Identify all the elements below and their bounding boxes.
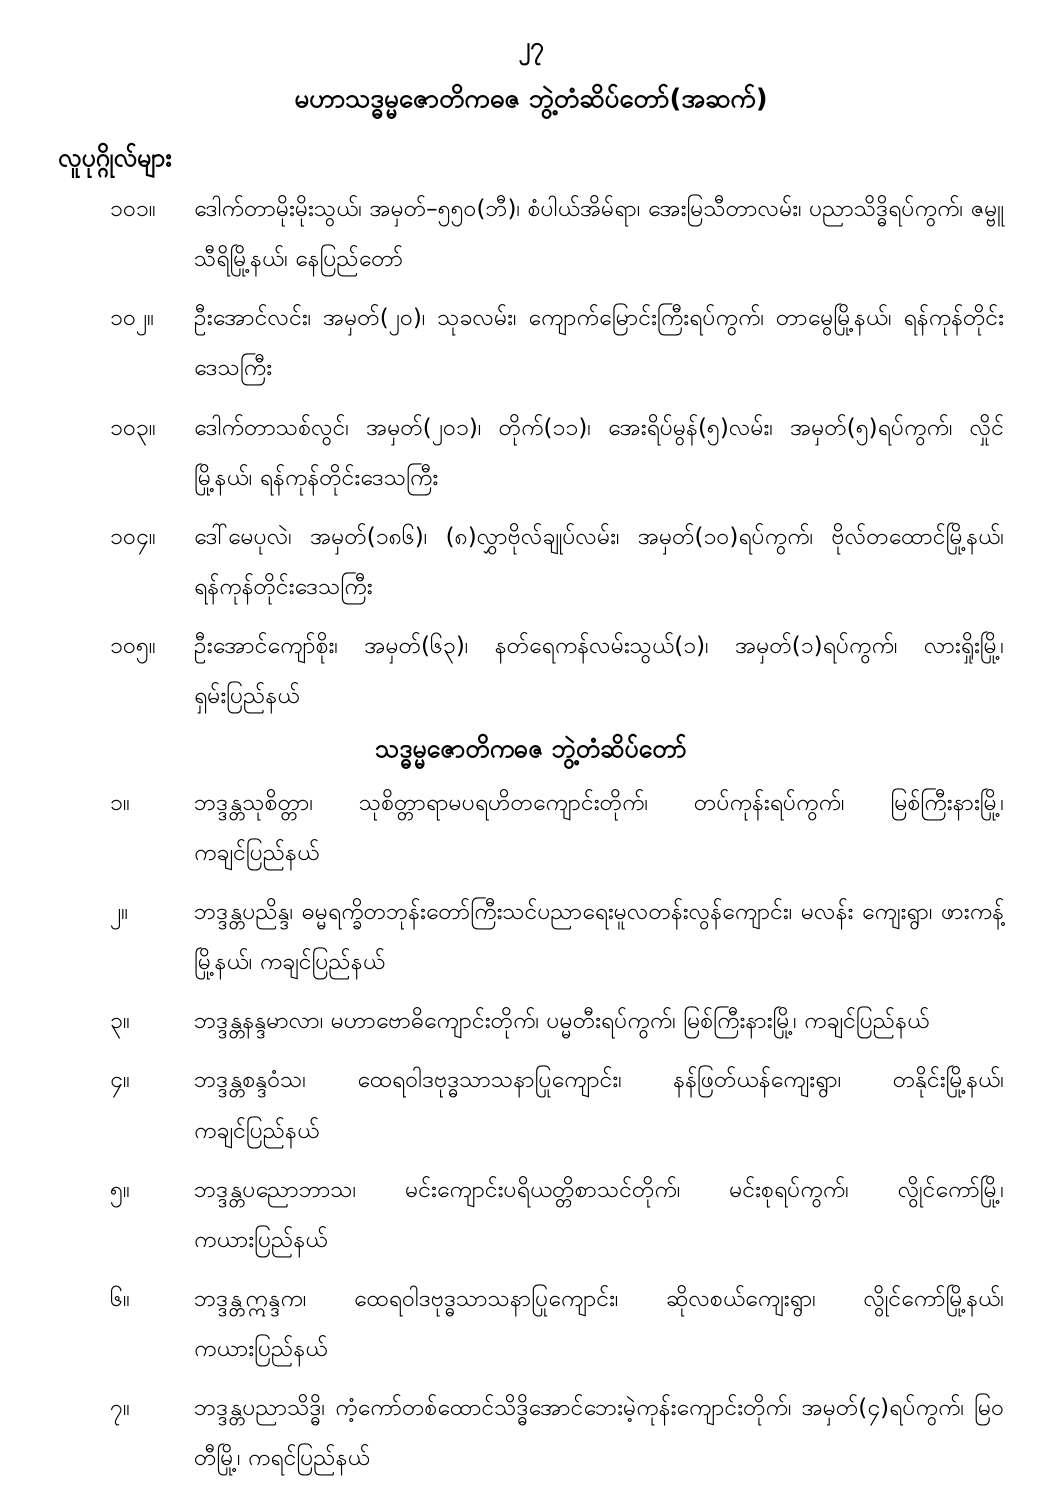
- list-item: ၁၀၃။ ဒေါက်တာသစ်လွင်၊ အမှတ်(၂၀၁)၊ တိုက်(၁…: [110, 403, 1004, 503]
- item-number: ၇။: [110, 1383, 194, 1433]
- item-text: ဘဒ္ဒန္တပညိန္ဒ၊ ဓမ္မရက္ခိတဘုန်းတော်ကြီးသင…: [194, 887, 1004, 987]
- item-number: ၆။: [110, 1274, 194, 1324]
- list-item: ၁၀၄။ ဒေါ်မေပုလဲ၊ အမှတ်(၁၈၆)၊ (၈)လွှာဗိုလ…: [110, 512, 1004, 612]
- list-item: ၁။ ဘဒ္ဒန္တသုစိတ္တာ၊ သုစိတ္တာရာမပရဟိတကျော…: [110, 778, 1004, 878]
- item-number: ၅။: [110, 1165, 194, 1215]
- item-number: ၁၀၅။: [110, 621, 194, 671]
- saddhamma-list: ၁။ ဘဒ္ဒန္တသုစိတ္တာ၊ သုစိတ္တာရာမပရဟိတကျော…: [110, 778, 1004, 1484]
- item-number: ၁၀၄။: [110, 512, 194, 562]
- item-number: ၂။: [110, 887, 194, 937]
- list-item: ၂။ ဘဒ္ဒန္တပညိန္ဒ၊ ဓမ္မရက္ခိတဘုန်းတော်ကြီ…: [110, 887, 1004, 987]
- list-item: ၁၀၂။ ဦးအောင်လင်း၊ အမှတ်(၂၀)၊ သုခလမ်း၊ ကျ…: [110, 293, 1004, 393]
- item-text: ဦးအောင်လင်း၊ အမှတ်(၂၀)၊ သုခလမ်း၊ ကျောက်မ…: [194, 293, 1004, 393]
- item-number: ၁၀၃။: [110, 403, 194, 453]
- list-item: ၁၀၅။ ဦးအောင်ကျော်စိုး၊ အမှတ်(၆၃)၊ နတ်ရေက…: [110, 621, 1004, 721]
- item-number: ၄။: [110, 1055, 194, 1105]
- list-item: ၅။ ဘဒ္ဒန္တပညောဘာသ၊ မင်းကျောင်းပရိယတ္တိစာ…: [110, 1165, 1004, 1265]
- list-item: ၆။ ဘဒ္ဒန္တဣန္ဒက၊ ထေရဝါဒဗုဒ္ဓသာသနာပြုကျော…: [110, 1274, 1004, 1374]
- list-item: ၄။ ဘဒ္ဒန္တစန္ဒဝံသ၊ ထေရဝါဒဗုဒ္ဓသာသနာပြုကျ…: [110, 1055, 1004, 1155]
- item-text: ဘဒ္ဒန္တပညာသိဒ္ဓိ၊ ကံ့ကော်တစ်ထောင်သိဒ္ဓိအ…: [194, 1383, 1004, 1483]
- list-item: ၃။ ဘဒ္ဒန္တနန္ဒမာလာ၊ မဟာဗောဓိကျောင်းတိုက်…: [110, 996, 1004, 1046]
- item-text: ဘဒ္ဒန္တသုစိတ္တာ၊ သုစိတ္တာရာမပရဟိတကျောင်း…: [194, 778, 1004, 878]
- document-page: ၂၇ မဟာသဒ္ဓမ္မဇောတိကဓဇ ဘွဲ့တံဆိပ်တော်(အဆက…: [0, 0, 1062, 1500]
- individuals-list: ၁၀၁။ ဒေါက်တာမိုးမိုးသွယ်၊ အမှတ်–၅၅၀(ဘီ)၊…: [110, 184, 1004, 721]
- item-text: ဘဒ္ဒန္တစန္ဒဝံသ၊ ထေရဝါဒဗုဒ္ဓသာသနာပြုကျောင…: [194, 1055, 1004, 1155]
- item-text: ဒေါ်မေပုလဲ၊ အမှတ်(၁၈၆)၊ (၈)လွှာဗိုလ်ချုပ…: [194, 512, 1004, 612]
- document-title: မဟာသဒ္ဓမ္မဇောတိကဓဇ ဘွဲ့တံဆိပ်တော်(အဆက်): [58, 80, 1004, 119]
- section-heading-saddhamma: သဒ္ဓမ္မဇောတိကဓဇ ဘွဲ့တံဆိပ်တော်: [58, 730, 1004, 768]
- item-text: ဘဒ္ဒန္တဣန္ဒက၊ ထေရဝါဒဗုဒ္ဓသာသနာပြုကျောင်း…: [194, 1274, 1004, 1374]
- item-text: ဦးအောင်ကျော်စိုး၊ အမှတ်(၆၃)၊ နတ်ရေကန်လမ်…: [194, 621, 1004, 721]
- list-item: ၁၀၁။ ဒေါက်တာမိုးမိုးသွယ်၊ အမှတ်–၅၅၀(ဘီ)၊…: [110, 184, 1004, 284]
- item-text: ဒေါက်တာသစ်လွင်၊ အမှတ်(၂၀၁)၊ တိုက်(၁၁)၊ အ…: [194, 403, 1004, 503]
- item-number: ၁၀၁။: [110, 184, 194, 234]
- item-text: ဘဒ္ဒန္တပညောဘာသ၊ မင်းကျောင်းပရိယတ္တိစာသင်…: [194, 1165, 1004, 1265]
- item-number: ၁။: [110, 778, 194, 828]
- item-number: ၁၀၂။: [110, 293, 194, 343]
- list-item: ၇။ ဘဒ္ဒန္တပညာသိဒ္ဓိ၊ ကံ့ကော်တစ်ထောင်သိဒ္…: [110, 1383, 1004, 1483]
- item-text: ဒေါက်တာမိုးမိုးသွယ်၊ အမှတ်–၅၅၀(ဘီ)၊ စံပါ…: [194, 184, 1004, 284]
- section-heading-individuals: လူပုဂ္ဂိုလ်များ: [58, 139, 1004, 177]
- page-number: ၂၇: [58, 30, 1004, 64]
- item-text: ဘဒ္ဒန္တနန္ဒမာလာ၊ မဟာဗောဓိကျောင်းတိုက်၊ ပ…: [194, 996, 1004, 1046]
- item-number: ၃။: [110, 996, 194, 1046]
